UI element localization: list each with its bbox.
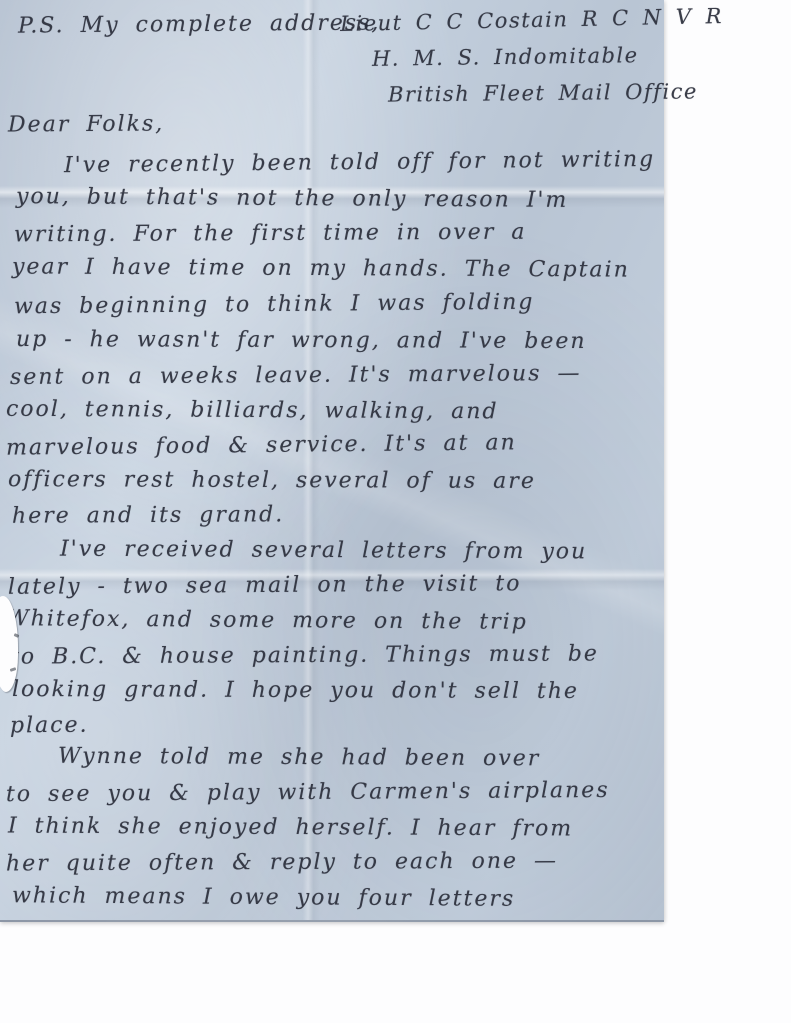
letter-line: cool, tennis, billiards, walking, and [6, 397, 499, 425]
scanned-letter-page: P.S. My complete address, Lieut C C Cost… [0, 0, 791, 1023]
salutation: Dear Folks, [8, 111, 164, 137]
letter-line: lately - two sea mail on the visit to [8, 571, 522, 600]
letter-line: to see you & play with Carmen's airplane… [6, 778, 610, 807]
address-line: Lieut C C Costain R C N V R [340, 4, 723, 36]
letter-line: Wynne told me she had been over [58, 744, 540, 772]
letter-line: you, but that's not the only reason I'm [16, 184, 568, 213]
letter-line: sent on a weeks leave. It's marvelous — [10, 361, 582, 390]
letter-line: year I have time on my hands. The Captai… [12, 254, 630, 282]
letter-line: which means I owe you four letters [12, 883, 515, 912]
letter-line: was beginning to think I was folding [14, 290, 535, 320]
letter-line: marvelous food & service. It's at an [6, 430, 517, 460]
address-line: British Fleet Mail Office [388, 79, 698, 106]
letter-line: here and its grand. [12, 502, 284, 528]
letter-line: looking grand. I hope you don't sell the [12, 677, 579, 704]
letter-line: writing. For the first time in over a [14, 220, 527, 248]
letter-line: her quite often & reply to each one — [6, 849, 558, 877]
letter-line: place. [10, 713, 89, 739]
ps-note: P.S. My complete address, [18, 10, 381, 38]
letter-line: up - he wasn't far wrong, and I've been [16, 327, 587, 354]
letter-line: officers rest hostel, several of us are [8, 467, 536, 494]
letter-line: Whitefox, and some more on the trip [6, 606, 528, 635]
letter-line: I've recently been told off for not writ… [64, 147, 655, 178]
letter-line: to B.C. & house painting. Things must be [10, 641, 599, 669]
letter-line: I think she enjoyed herself. I hear from [8, 814, 573, 842]
letter-paper: P.S. My complete address, Lieut C C Cost… [0, 0, 664, 922]
letter-line: I've received several letters from you [60, 537, 587, 565]
address-line: H. M. S. Indomitable [372, 43, 639, 71]
